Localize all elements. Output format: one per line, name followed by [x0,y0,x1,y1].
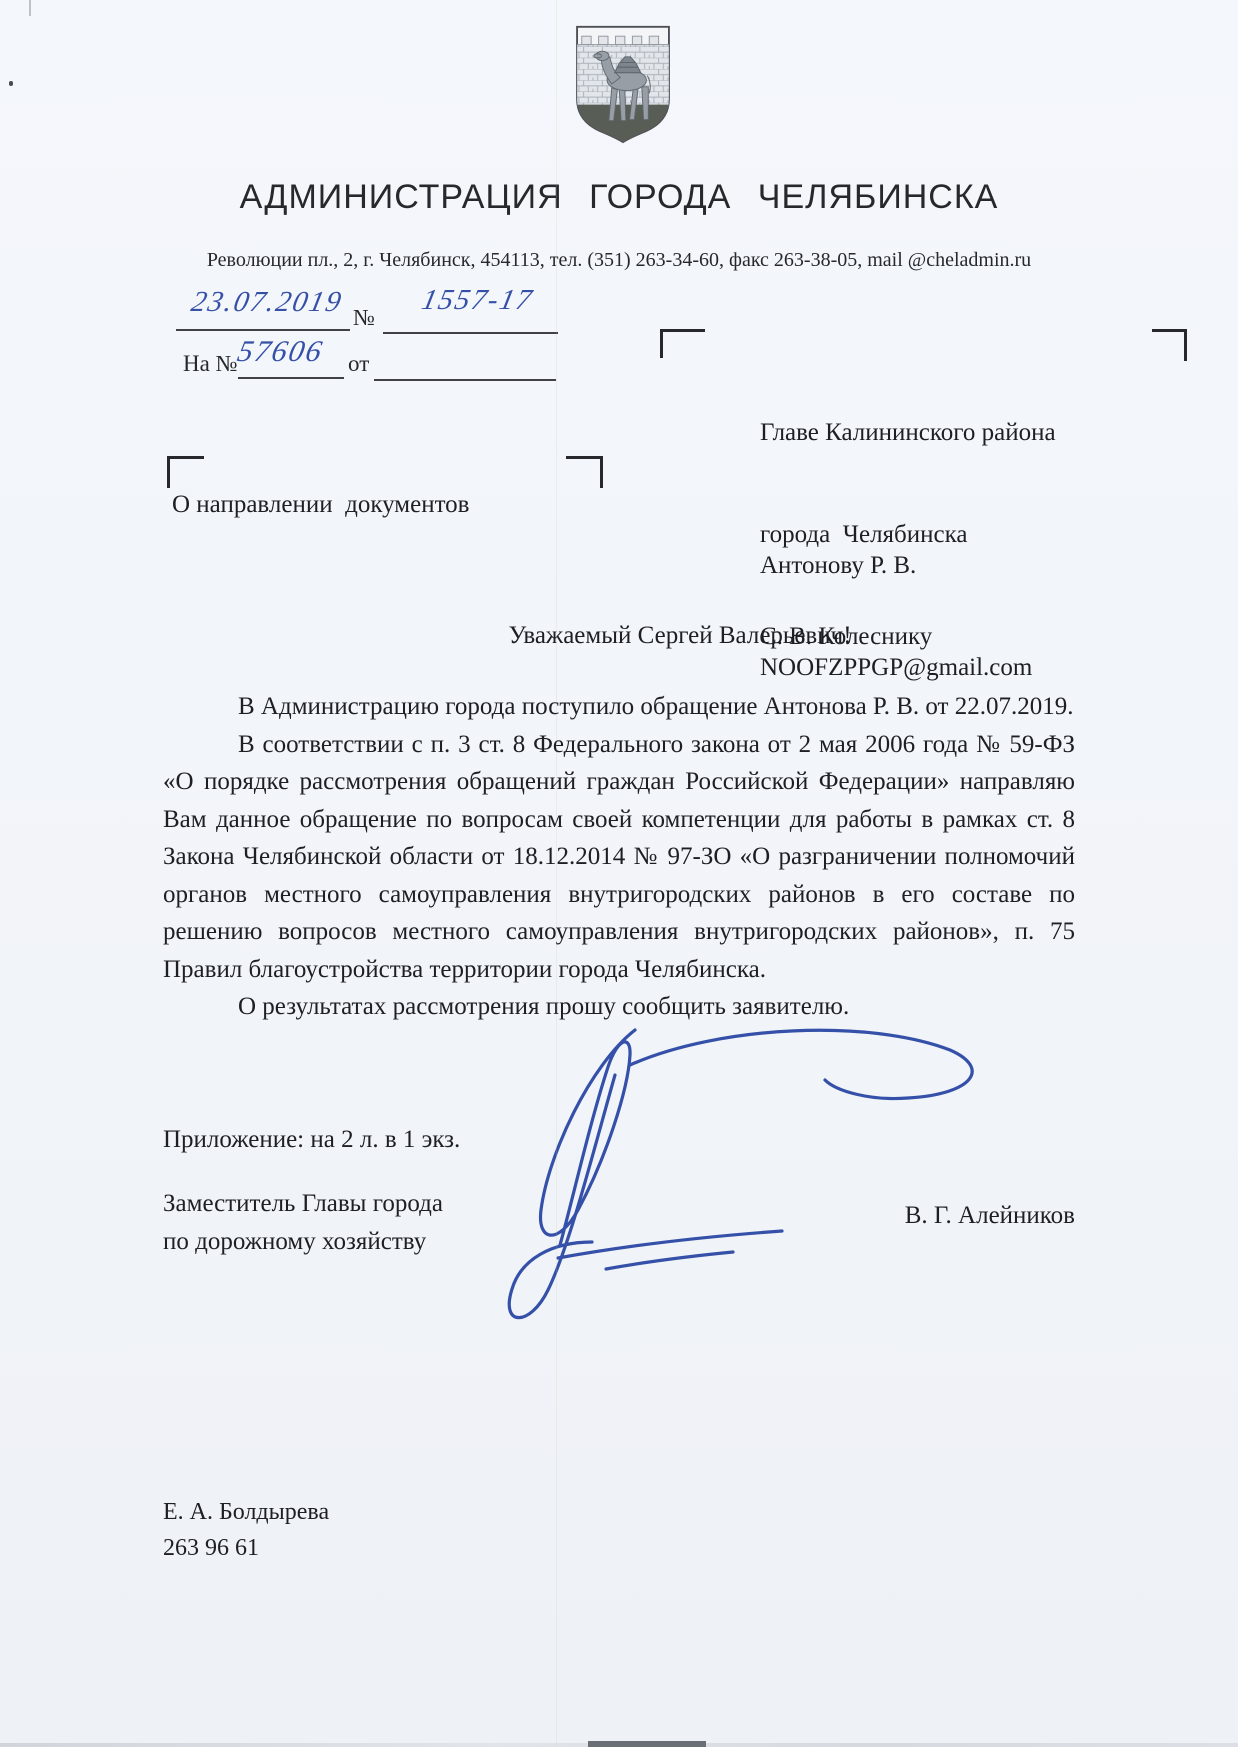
handwritten-signature-icon [430,1005,1010,1335]
addressee-email: NOOFZPPGP@gmail.com [760,651,1160,685]
scanned-letter-page: АДМИНИСТРАЦИЯ ГОРОДА ЧЕЛЯБИНСКА Революци… [0,0,1238,1747]
number-sign-label: № [353,305,375,331]
executor-phone: 263 96 61 [163,1530,329,1566]
org-address-line: Революции пл., 2, г. Челябинск, 454113, … [0,249,1238,272]
attachment-note: Приложение: на 2 л. в 1 экз. [163,1126,460,1154]
from-label: от [348,351,369,377]
org-name-title: АДМИНИСТРАЦИЯ ГОРОДА ЧЕЛЯБИНСКА [0,178,1238,217]
subject-line: О направлении документов [172,491,470,519]
scan-bottom-edge-artifact [0,1743,1238,1747]
addressee-name: Антонову Р. В. [760,549,1160,583]
address-zone-corner-mark-right [1152,329,1187,361]
body-paragraph: В Администрацию города поступило обращен… [163,688,1075,726]
scan-speck-artifact [9,81,13,86]
subject-zone-corner-mark-left [167,456,204,488]
executor-block: Е. А. Болдырева 263 96 61 [163,1494,329,1566]
letter-body: В Администрацию города поступило обращен… [163,688,1075,1026]
salutation: Уважаемый Сергей Валерьевич! [340,622,1020,650]
body-paragraph: В соответствии с п. 3 ст. 8 Федерального… [163,726,1075,989]
number-field-line [383,332,558,334]
address-zone-corner-mark-left [660,329,705,358]
date-field-line [176,329,350,331]
handwritten-date: 23.07.2019 [178,286,355,319]
executor-name: Е. А. Болдырева [163,1494,329,1530]
scan-edge-mark-artifact [29,0,31,16]
chelyabinsk-coat-of-arms-icon [571,24,675,144]
handwritten-outgoing-number: 1557-17 [391,284,563,317]
subject-zone-corner-mark-right [566,456,603,488]
from-date-field-line [374,379,556,381]
recipient-line: Главе Калининского района [760,416,1120,450]
scan-bottom-dark-strip-artifact [588,1741,706,1747]
incoming-number-label: На № [183,351,238,377]
handwritten-incoming-number: 57606 [234,335,326,369]
incoming-number-field-line [238,377,344,379]
